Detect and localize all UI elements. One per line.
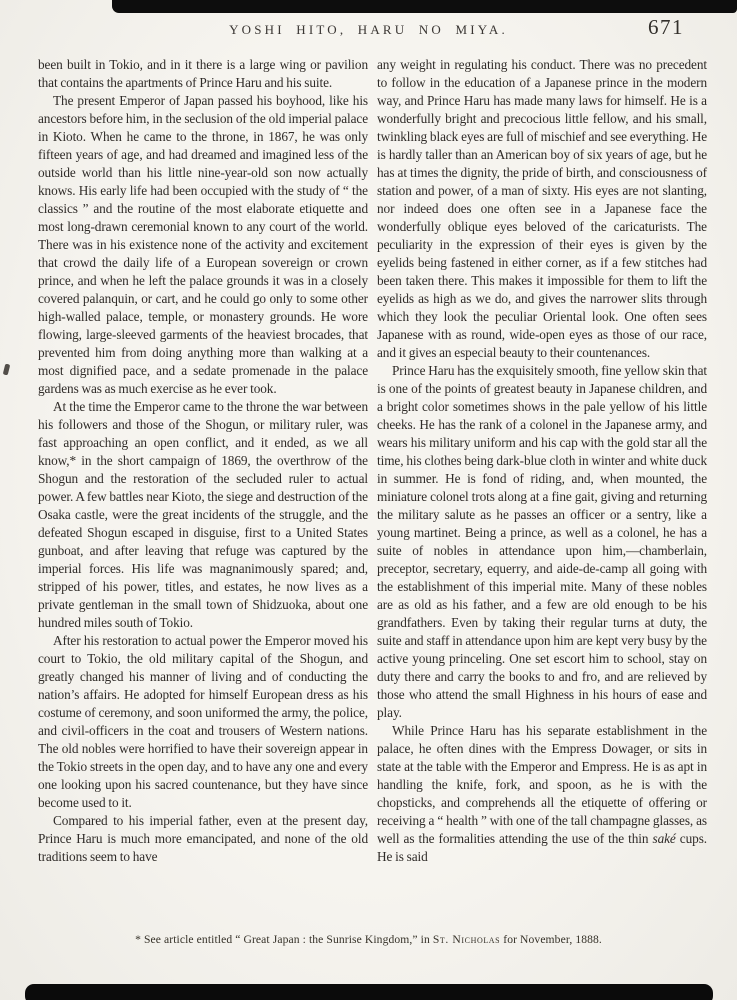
footnote: * See article entitled “ Great Japan : t… [0, 933, 737, 946]
paragraph-left-2: The present Emperor of Japan passed his … [38, 92, 368, 398]
paragraph-left-4: After his restoration to actual power th… [38, 632, 368, 812]
paragraph-left-1: been built in Tokio, and in it there is … [38, 56, 368, 92]
paragraph-right-2: Prince Haru has the exquisitely smooth, … [377, 362, 707, 722]
scan-artifact-bottom-bar [25, 984, 713, 1000]
footnote-tail: for November, 1888. [500, 933, 602, 946]
book-page-scan: YOSHI HITO, HARU NO MIYA. 671 been built… [0, 0, 737, 1000]
page-number: 671 [648, 15, 684, 40]
paragraph-right-1: any weight in regulating his conduct. Th… [377, 56, 707, 362]
paragraph-left-5: Compared to his imperial father, even at… [38, 812, 368, 866]
running-header: YOSHI HITO, HARU NO MIYA. 671 [0, 0, 737, 39]
paragraph-left-3: At the time the Emperor came to the thro… [38, 398, 368, 632]
paragraph-right-3: While Prince Haru has his separate estab… [377, 722, 707, 866]
footnote-text: * See article entitled “ Great Japan : t… [135, 933, 433, 946]
text-columns: been built in Tokio, and in it there is … [0, 39, 737, 866]
left-column: been built in Tokio, and in it there is … [38, 56, 368, 866]
paragraph-right-3-text: While Prince Haru has his separate estab… [377, 723, 707, 846]
sake-italic-word: saké [653, 831, 676, 846]
right-column: any weight in regulating his conduct. Th… [377, 56, 707, 866]
page-title: YOSHI HITO, HARU NO MIYA. [229, 22, 508, 37]
footnote-publication-name: St. Nicholas [433, 933, 500, 946]
